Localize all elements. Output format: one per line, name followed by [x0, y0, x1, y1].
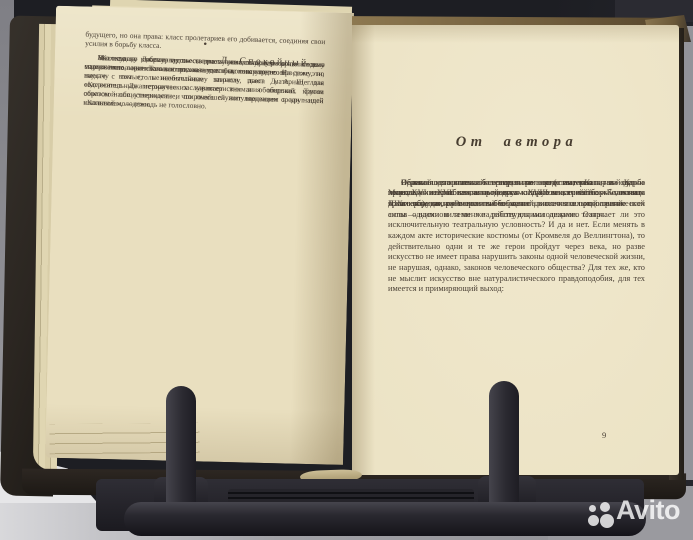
left-page-text: будущего, но она права: класс пролетарие…	[85, 30, 326, 70]
avito-logo-dot-icon	[589, 505, 596, 512]
avito-watermark: Avito	[584, 498, 692, 536]
avito-logo-dot-icon	[600, 514, 614, 528]
stand-right-clip-arm	[489, 381, 519, 514]
stand-left-clip-arm	[166, 386, 196, 514]
right-page-text: От автора Величайшая поэма об истории че…	[388, 137, 645, 178]
chapter-title: От автора	[388, 137, 645, 148]
paragraph-continuation: будущего, но она права: класс пролетарие…	[85, 30, 325, 56]
avito-logo-dot-icon	[600, 502, 610, 512]
paragraph: Обнимая исторический период в три века (…	[388, 178, 645, 295]
stand-front-bar	[124, 502, 646, 536]
avito-logo-text: Avito	[616, 495, 680, 526]
book-photo-scene: будущего, но она права: класс пролетарие…	[0, 0, 693, 540]
page-number: 9	[602, 430, 606, 440]
left-page: будущего, но она права: класс пролетарие…	[45, 6, 354, 465]
avito-logo-dot-icon	[588, 515, 599, 526]
